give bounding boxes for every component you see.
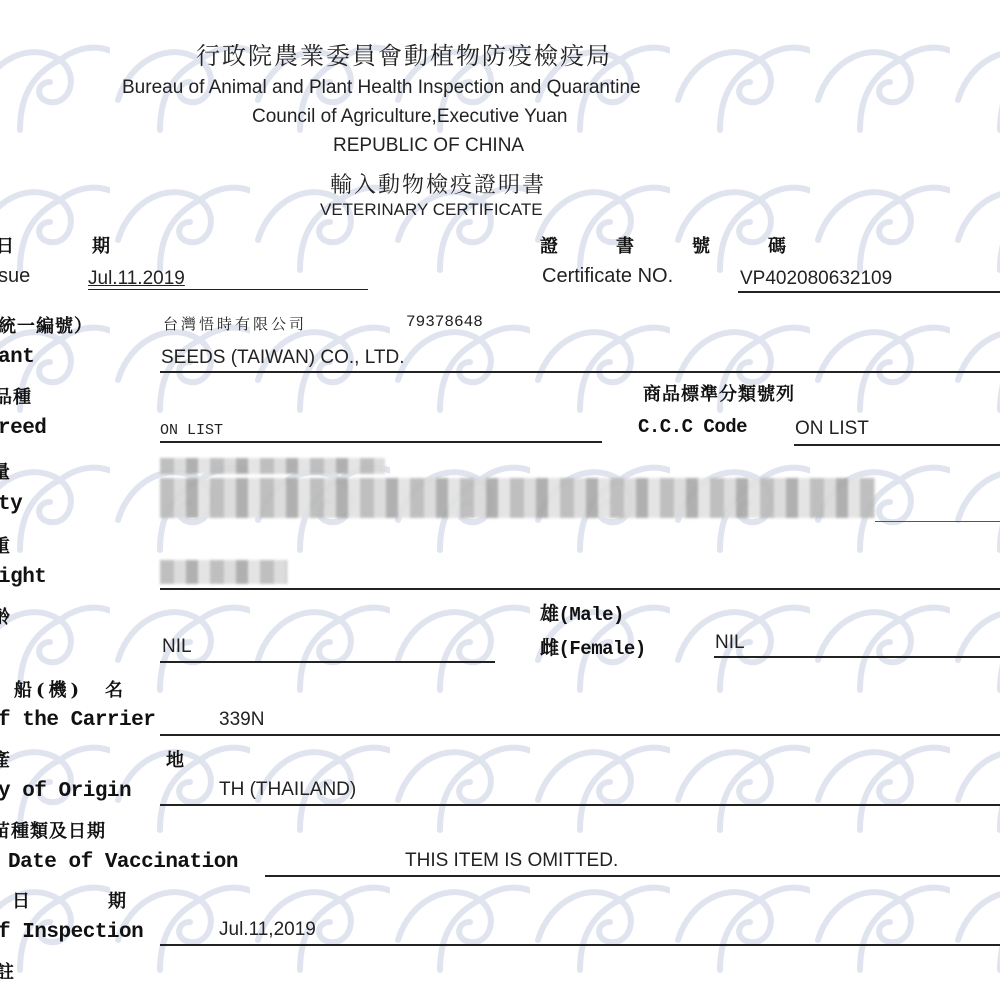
certificate-no-label-cn: 證 書 號 碼 — [540, 232, 806, 258]
council-name: Council of Agriculture,Executive Yuan — [252, 106, 567, 128]
ccc-code-value: ON LIST — [795, 418, 869, 440]
agency-name-en: Bureau of Animal and Plant Health Inspec… — [122, 77, 641, 99]
certificate-no-value: VP402080632109 — [740, 268, 892, 290]
quantity-label-en: ty — [0, 493, 22, 516]
age-value: NIL — [162, 636, 192, 658]
sex-value: NIL — [715, 632, 745, 654]
applicant-value: SEEDS (TAIWAN) CO., LTD. — [161, 347, 405, 369]
inspection-label-en: f Inspection — [0, 921, 143, 944]
breed-label-en: reed — [0, 417, 46, 440]
doc-title-cn: 輸入動物檢疫證明書 — [330, 168, 546, 199]
doc-title-en: VETERINARY CERTIFICATE — [320, 200, 543, 220]
inspection-value: Jul.11,2019 — [219, 919, 316, 941]
inspection-label-cn: 日 期 — [12, 887, 156, 913]
origin-label-en: y of Origin — [0, 780, 131, 803]
applicant-id-label-cn: 統一編號） — [0, 312, 93, 338]
vaccination-label-en: Date of Vaccination — [8, 851, 238, 874]
date-of-issue-value: Jul.11.2019 — [88, 268, 185, 290]
breed-value: ON LIST — [160, 422, 223, 439]
vaccination-label-cn: 苗種類及日期 — [0, 817, 106, 843]
carrier-label-cn: 船(機) 名 — [14, 676, 127, 702]
origin-label-cn: 產 地 — [0, 746, 224, 772]
date-of-issue-label-cn: 日 期 — [0, 232, 140, 258]
carrier-value: 339N — [219, 709, 264, 731]
applicant-name-cn: 台灣悟時有限公司 — [163, 313, 307, 334]
age-label-cn: 齡 — [0, 603, 16, 629]
ccc-code-label-en: C.C.C Code — [638, 416, 747, 438]
breed-label-cn: 品種 — [0, 383, 32, 409]
agency-name-cn: 行政院農業委員會動植物防疫檢疫局 — [196, 36, 612, 71]
applicant-label-en: ant — [0, 346, 34, 369]
weight-label-cn: 重 — [0, 532, 16, 558]
country-name: REPUBLIC OF CHINA — [333, 135, 524, 157]
sex-male-label: 雄(Male) — [540, 599, 624, 626]
quantity-redacted-line1 — [160, 458, 385, 474]
ccc-code-label-cn: 商品標準分類號列 — [643, 380, 795, 406]
quantity-label-cn: 量 — [0, 458, 16, 484]
vaccination-value: THIS ITEM IS OMITTED. — [405, 850, 618, 872]
origin-value: TH (THAILAND) — [219, 779, 356, 801]
carrier-label-en: f the Carrier — [0, 709, 155, 732]
weight-redacted-value — [160, 560, 287, 584]
sex-female-label: 雌(Female) — [540, 633, 646, 660]
remarks-label-cn: 註 — [0, 958, 20, 984]
applicant-tax-id: 79378648 — [406, 313, 483, 331]
weight-label-en: ight — [0, 566, 46, 589]
quantity-redacted-value — [160, 478, 875, 518]
certificate-no-label-en: Certificate NO. — [542, 265, 673, 288]
date-of-issue-label-en: sue — [0, 265, 30, 288]
